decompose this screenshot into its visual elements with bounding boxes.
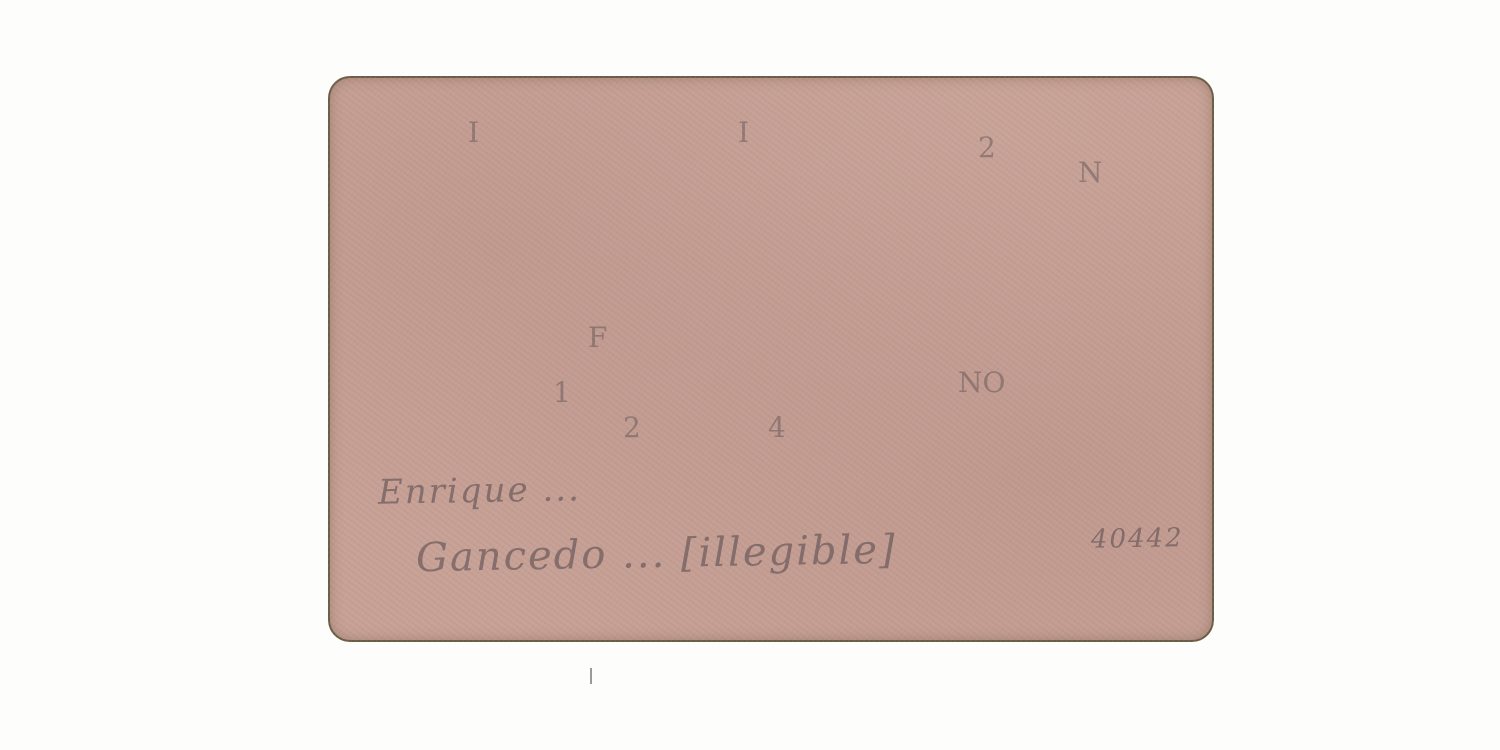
card-back: I I 2 N F 1 2 4 NO Enrique ... Gancedo .…	[328, 76, 1214, 642]
scan-speck	[590, 668, 592, 684]
handwriting-line-2: Gancedo ... [illegible]	[416, 527, 897, 581]
pencil-mark: F	[588, 321, 607, 354]
pencil-mark: 4	[768, 411, 786, 444]
pencil-mark: N	[1078, 156, 1103, 189]
pencil-mark: I	[468, 116, 479, 149]
pencil-mark: NO	[958, 366, 1005, 399]
pencil-mark: I	[738, 116, 749, 149]
pencil-mark: 2	[623, 411, 641, 444]
pencil-mark: 1	[553, 376, 571, 409]
reference-number: 40442	[1091, 523, 1184, 555]
handwriting-line-1: Enrique ...	[378, 469, 582, 513]
pencil-mark: 2	[978, 131, 996, 164]
